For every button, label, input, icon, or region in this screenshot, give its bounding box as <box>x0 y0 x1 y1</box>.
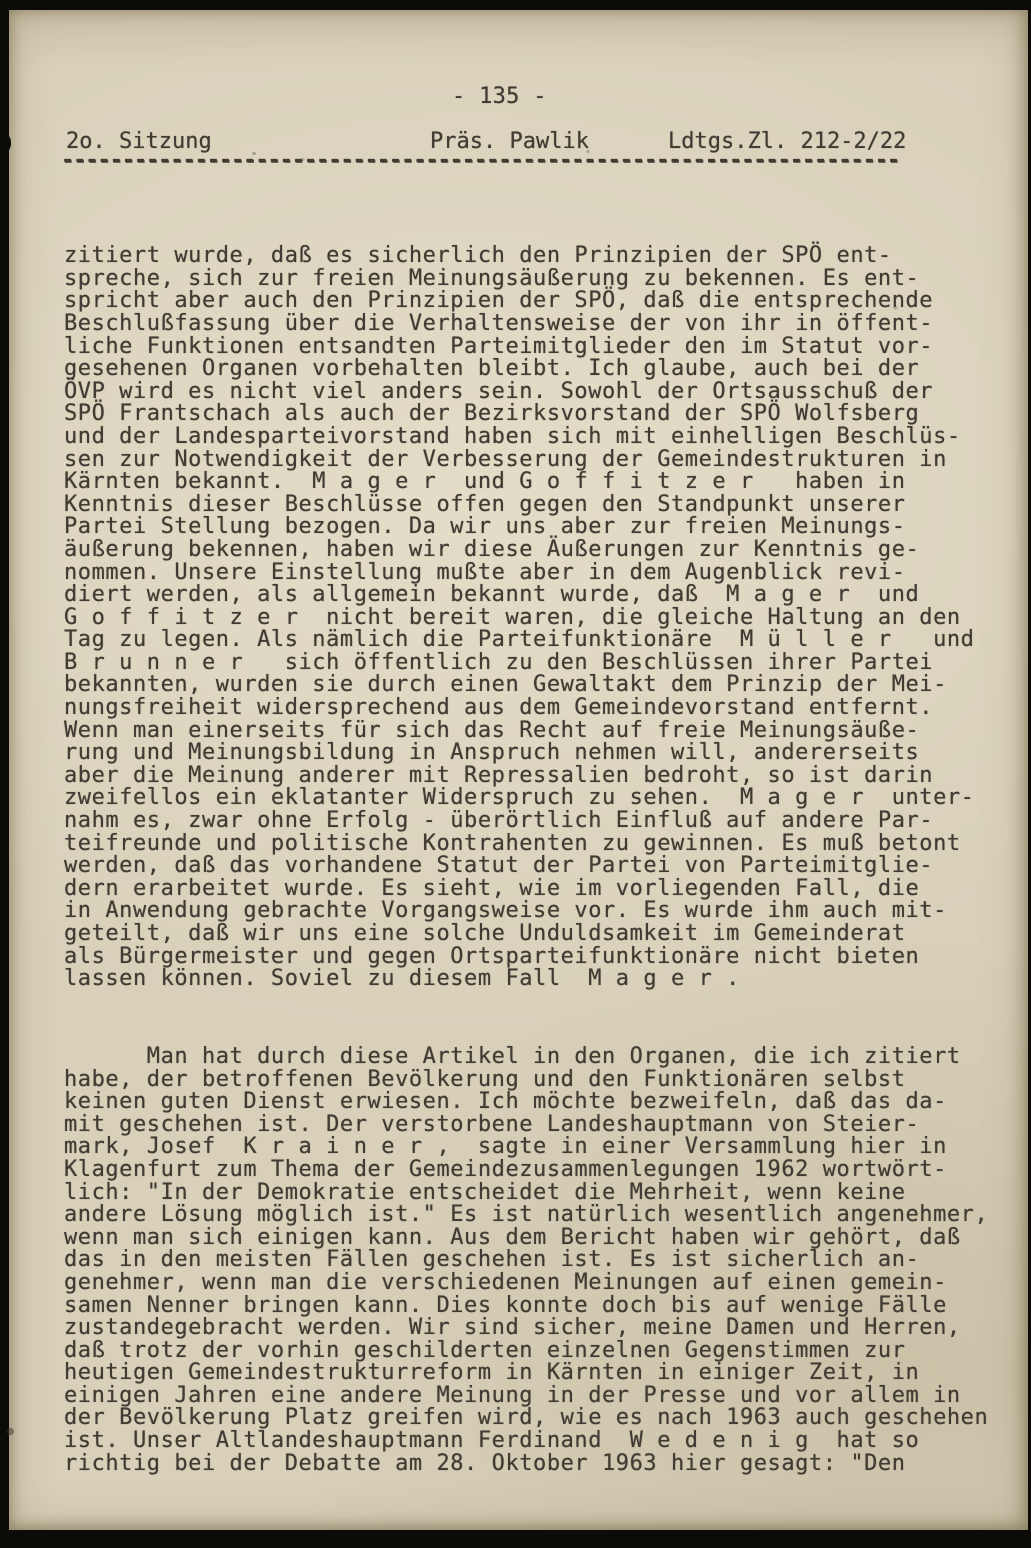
paragraph-2: Man hat durch diese Artikel in den Organ… <box>64 1046 988 1475</box>
body-text: zitiert wurde, daß es sicherlich den Pri… <box>64 200 988 1520</box>
scan-speckle <box>893 306 898 310</box>
scan-speckle <box>252 152 256 155</box>
scan-edge-nub <box>0 134 11 152</box>
scanned-protocol-page: - 135 - 2o. Sitzung Präs. Pawlik Ldtgs.Z… <box>0 0 1031 1548</box>
scan-speckle <box>300 158 305 161</box>
scan-speckle <box>7 1428 14 1435</box>
header-divider: ----------------------------------------… <box>61 148 899 173</box>
scan-speckle <box>586 150 590 153</box>
scan-edge-nub <box>0 1288 9 1310</box>
paragraph-1: zitiert wurde, daß es sicherlich den Pri… <box>64 245 988 991</box>
page-number: - 135 - <box>452 84 547 109</box>
